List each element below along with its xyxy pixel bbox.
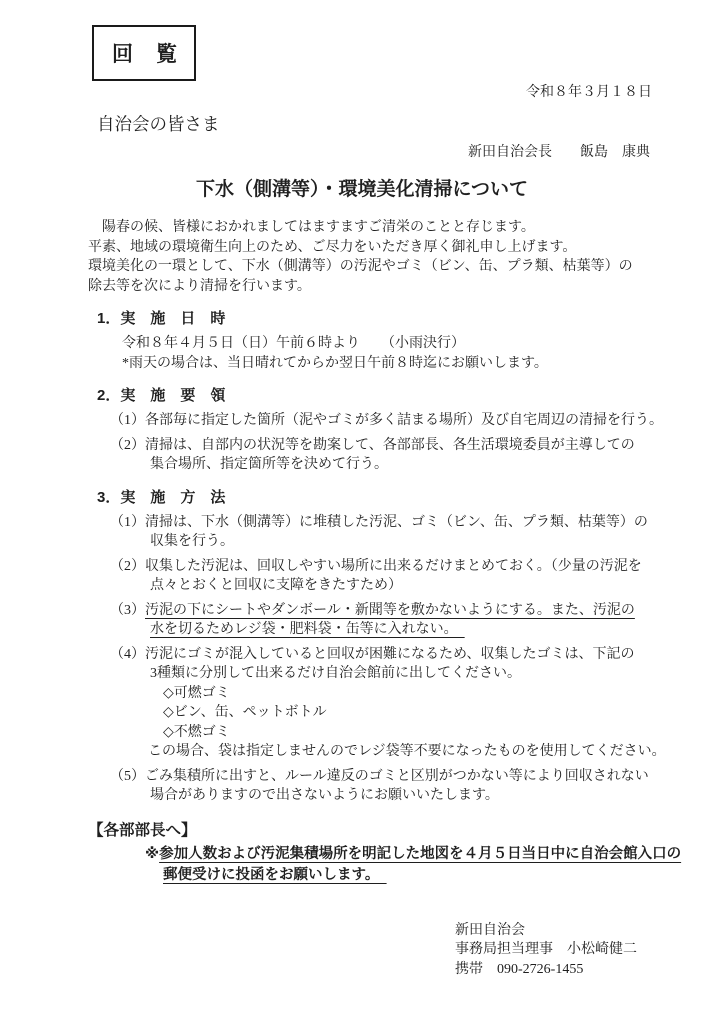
section3-item4-line3: この場合、袋は指定しませんのでレジ袋等不要になったものを使用してください。	[148, 742, 724, 762]
section3-item4-line1: （4）汚泥にゴミが混入していると回収が困難になるため、収集したゴミは、下記の	[110, 645, 724, 665]
section3-item1-line2: 収集を行う。	[150, 532, 724, 552]
section2-heading: 2．実 施 要 領	[97, 386, 724, 406]
leaders-note-line2: 郵便受けに投函をお願いします。	[163, 865, 724, 887]
section3-item3-underlined-text2: 水を切るためレジ袋・肥料袋・缶等に入れない。	[150, 622, 465, 637]
section3-item3-underlined-text1: 汚泥の下にシートやダンボール・新聞等を敷かないようにする。また、汚泥の	[145, 603, 635, 618]
greeting-line: 除去等を次により清掃を行います。	[88, 277, 724, 297]
section1-heading: 1．実 施 日 時	[97, 309, 724, 329]
document-title: 下水（側溝等）・環境美化清掃について	[0, 177, 724, 203]
leaders-note-heading: 【各部部長へ】	[88, 820, 724, 841]
section2-item2-line2: 集合場所、指定箇所等を決めて行う。	[150, 455, 724, 475]
section1-datetime: 令和８年４月５日（日）午前６時より （小雨決行）	[122, 334, 724, 354]
contact-phone: 携帯 090-2726-1455	[455, 960, 724, 980]
leaders-note-underlined-text2: 郵便受けに投函をお願いします。	[163, 867, 387, 883]
section3-item1-line1: （1）清掃は、下水（側溝等）に堆積した汚泥、ゴミ（ビン、缶、プラ類、枯葉等）の	[110, 513, 724, 533]
greeting-paragraph: 陽春の候、皆様におかれましてはますますご清栄のことと存じます。 平素、地域の環境…	[88, 218, 724, 296]
circulation-stamp-label: 回 覧	[112, 43, 178, 66]
circulation-stamp-box: 回 覧	[92, 25, 196, 81]
addressee: 自治会の皆さま	[97, 112, 724, 136]
greeting-line: 陽春の候、皆様におかれましてはますますご清栄のことと存じます。	[88, 218, 724, 238]
trash-type-burnable: ◇可燃ゴミ	[163, 684, 724, 704]
greeting-line: 環境美化の一環として、下水（側溝等）の汚泥やゴミ（ビン、缶、プラ類、枯葉等）の	[88, 257, 724, 277]
leaders-note-underlined-text1: 参加人数および汚泥集積場所を明記した地図を４月５日当日中に自治会館入口の	[159, 846, 681, 862]
sender-line: 新田自治会長 飯島 康典	[0, 143, 724, 162]
section3-item3-line2: 水を切るためレジ袋・肥料袋・缶等に入れない。	[150, 620, 724, 640]
issue-date: 令和８年３月１８日	[0, 83, 724, 102]
signature-block: 新田自治会 事務局担当理事 小松崎健二 携帯 090-2726-1455	[455, 921, 724, 980]
section3-item3-line1: （3）汚泥の下にシートやダンボール・新聞等を敷かないようにする。また、汚泥の	[110, 601, 724, 621]
section3-item5-line2: 場合がありますので出さないようにお願いいたします。	[150, 786, 724, 806]
contact-person: 事務局担当理事 小松崎健二	[455, 940, 724, 960]
section3-item2-line1: （2）収集した汚泥は、回収しやすい場所に出来るだけまとめておく。（少量の汚泥を	[110, 557, 724, 577]
circular-document-page: 回 覧 令和８年３月１８日 自治会の皆さま 新田自治会長 飯島 康典 下水（側溝…	[0, 0, 724, 1024]
reference-mark: ※	[145, 846, 159, 862]
section3-heading: 3．実 施 方 法	[97, 488, 724, 508]
section3-item4-line2: 3種類に分別して出来るだけ自治会館前に出してください。	[150, 664, 724, 684]
section3-item2-line2: 点々とおくと回収に支障をきたすため）	[150, 576, 724, 596]
trash-type-bottles-cans-pet: ◇ビン、缶、ペットボトル	[163, 703, 724, 723]
organization-name: 新田自治会	[455, 921, 724, 941]
section2-item1: （1）各部毎に指定した箇所（泥やゴミが多く詰まる場所）及び自宅周辺の清掃を行う。	[110, 411, 724, 431]
trash-type-nonburnable: ◇不燃ゴミ	[163, 723, 724, 743]
section3-item5-line1: （5）ごみ集積所に出すと、ルール違反のゴミと区別がつかない等により回収されない	[110, 767, 724, 787]
greeting-line: 平素、地域の環境衛生向上のため、ご尽力をいただき厚く御礼申し上げます。	[88, 238, 724, 258]
section3-item3-label: （3）	[110, 603, 145, 618]
section1-rain-note: *雨天の場合は、当日晴れてからか翌日午前８時迄にお願いします。	[122, 354, 724, 374]
leaders-note-line1: ※参加人数および汚泥集積場所を明記した地図を４月５日当日中に自治会館入口の	[145, 844, 724, 866]
section2-item2-line1: （2）清掃は、自部内の状況等を勘案して、各部部長、各生活環境委員が主導しての	[110, 436, 724, 456]
